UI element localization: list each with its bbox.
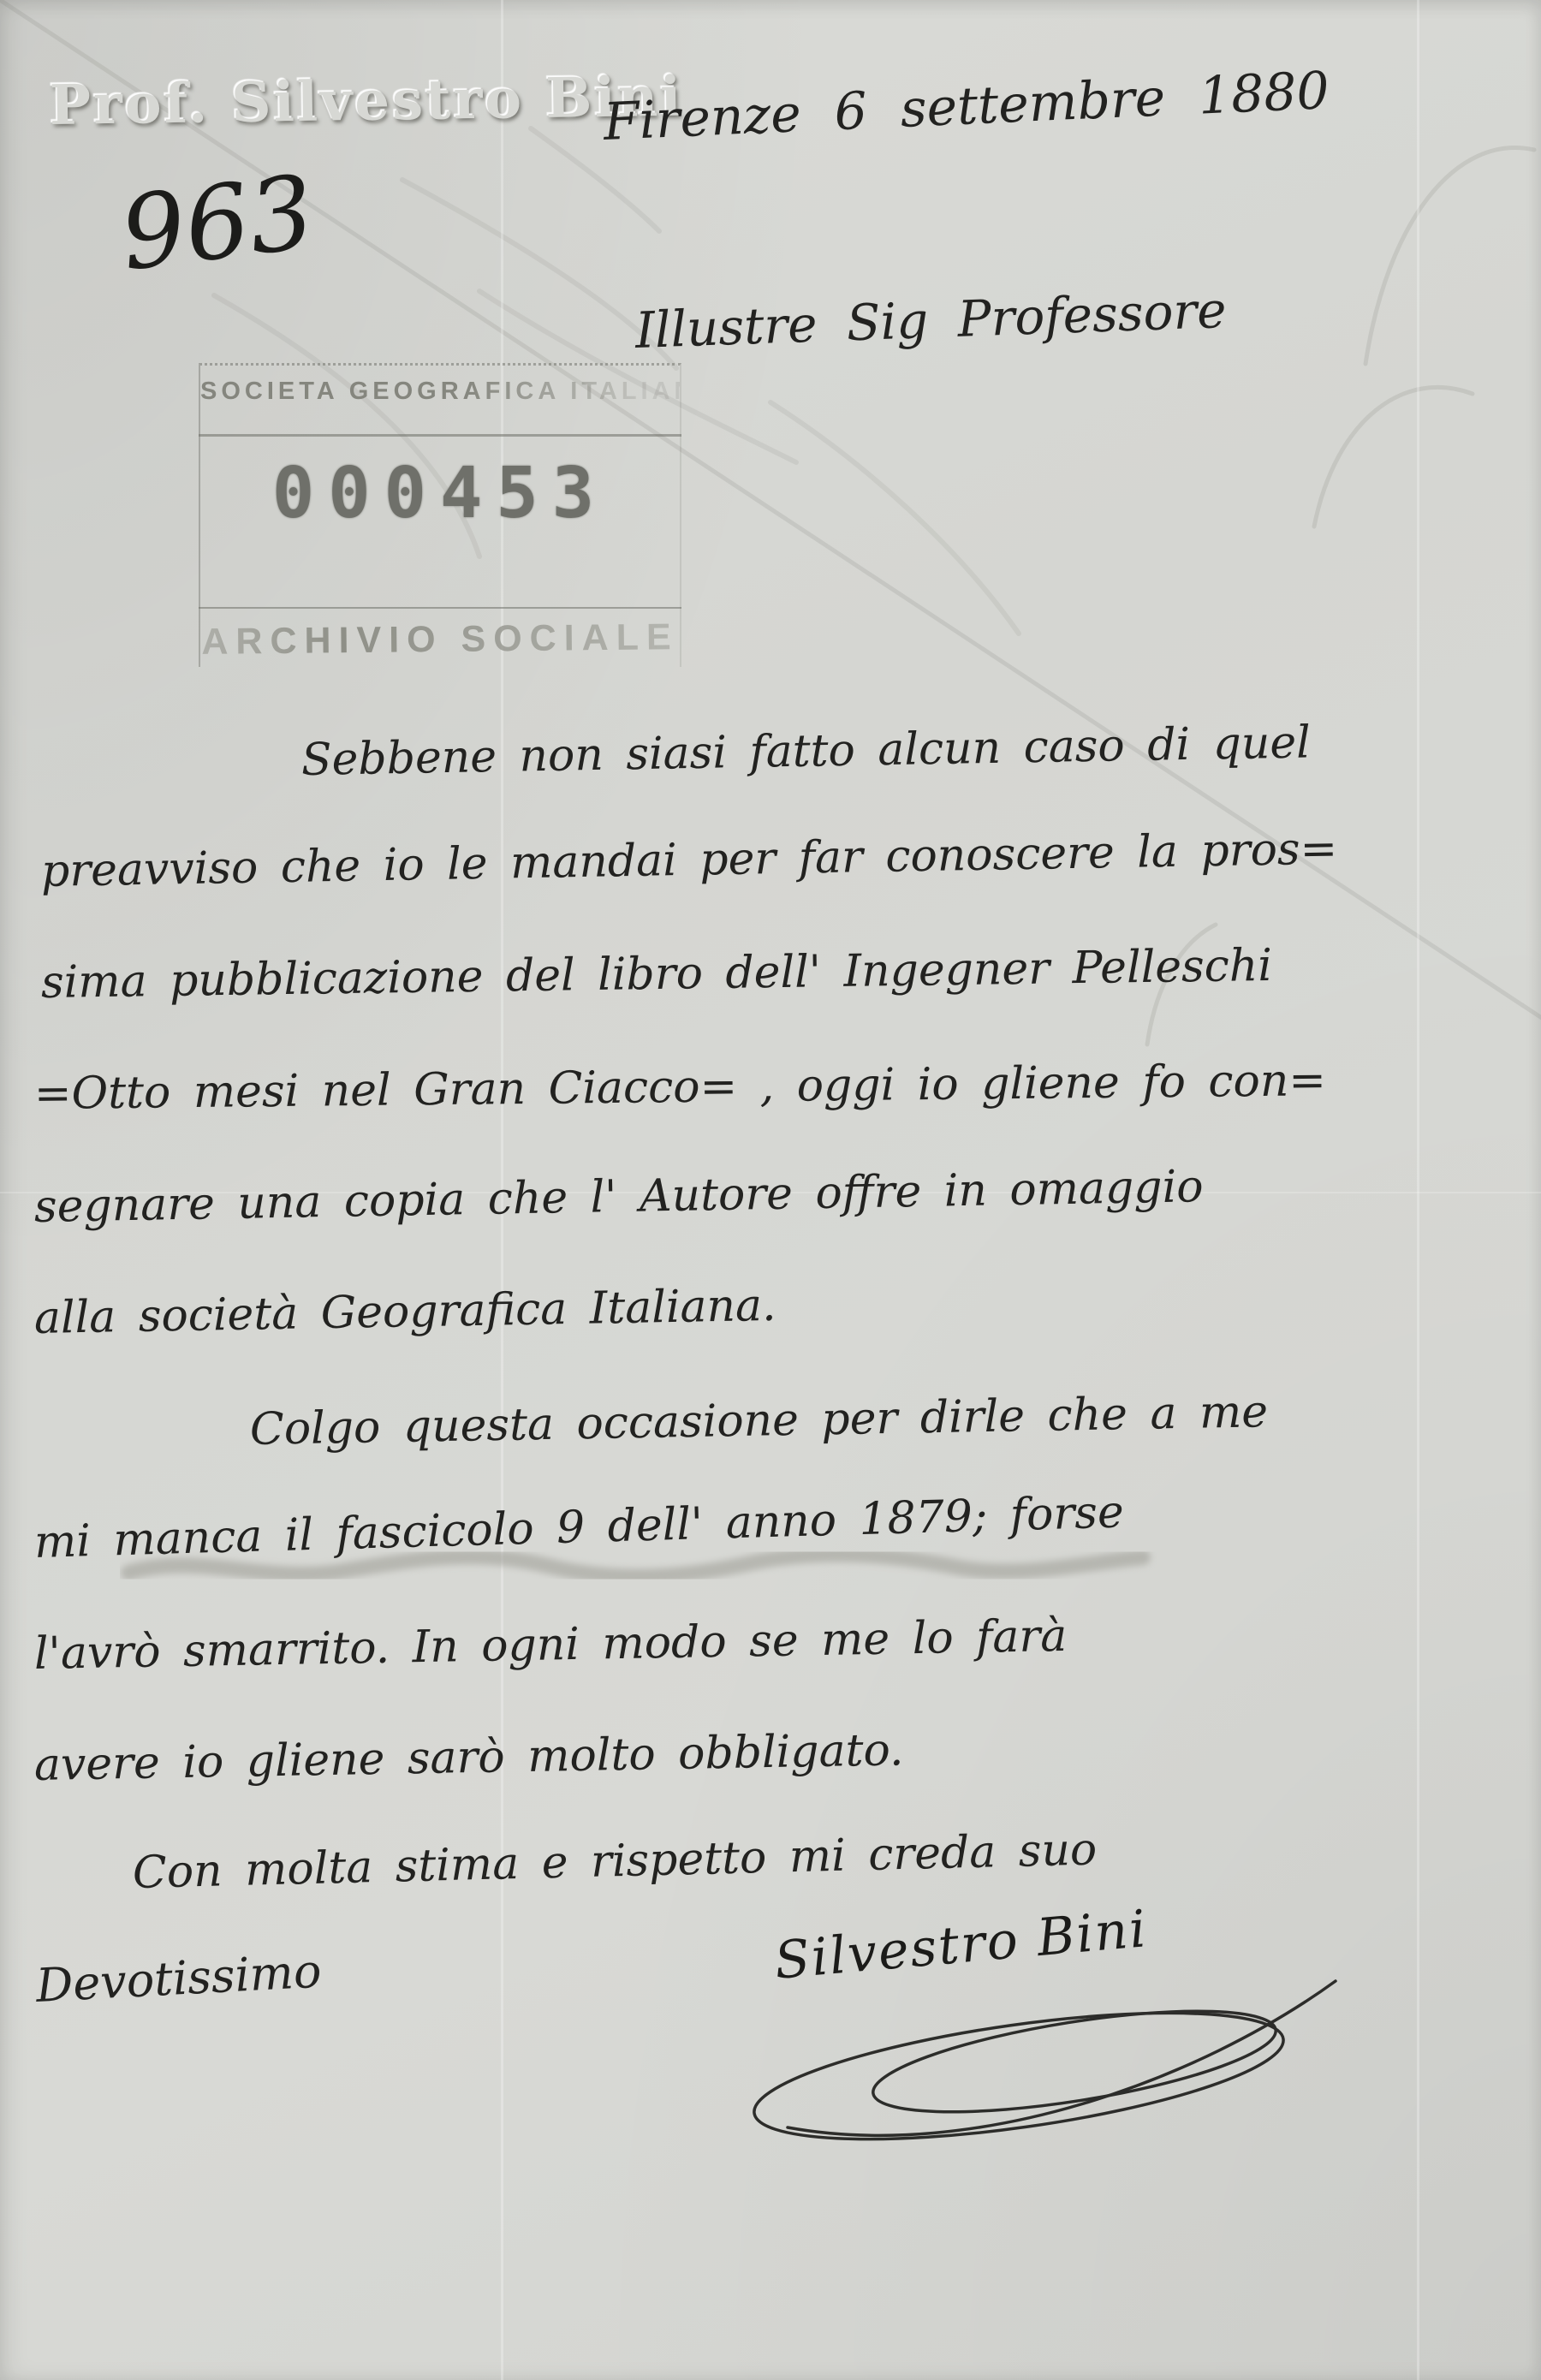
paper-crease-vertical — [1417, 0, 1419, 2380]
stamp-archive-label: ARCHIVIO SOCIALE — [200, 616, 680, 663]
signature-flourish — [736, 1969, 1353, 2175]
salutation: Illustre Sig Professore — [634, 281, 1228, 360]
embossed-letterhead: Prof. Silvestro Bini — [49, 65, 684, 138]
stamp-organization-text: SOCIETA GEOGRAFICA ITALIANA — [200, 378, 680, 406]
body-line: sima pubblicazione del libro dell' Ingeg… — [41, 940, 1273, 1009]
stamp-divider — [199, 434, 681, 437]
signature: Silvestro Bini — [772, 1899, 1150, 1991]
body-line: segnare una copia che l' Autore offre in… — [33, 1161, 1203, 1233]
stamp-protocol-number: 000453 — [200, 453, 680, 534]
body-line: l'avrò smarrito. In ogni modo se me lo f… — [33, 1610, 1067, 1680]
body-line: preavviso che io le mandai per far conos… — [40, 824, 1337, 897]
body-line: Sebbene non siasi fatto alcun caso di qu… — [300, 717, 1311, 786]
letter-page: Prof. Silvestro Bini 963 Firenze 6 sette… — [0, 0, 1541, 2380]
dateline: Firenze 6 settembre 1880 — [602, 61, 1330, 152]
body-line: avere io gliene sarò molto obbligato. — [33, 1724, 903, 1791]
valediction: Devotissimo — [34, 1944, 322, 2013]
archive-stamp: SOCIETA GEOGRAFICA ITALIANA 000453 ARCHI… — [199, 363, 681, 667]
body-line: =Otto mesi nel Gran Ciacco= , oggi io gl… — [34, 1055, 1326, 1120]
stamp-divider — [199, 607, 681, 609]
registry-number: 963 — [115, 152, 320, 293]
body-line: mi manca il fascicolo 9 dell' anno 1879;… — [33, 1486, 1124, 1568]
body-line: alla società Geografica Italiana. — [33, 1280, 776, 1344]
closing-line: Con molta stima e rispetto mi creda suo — [132, 1824, 1098, 1899]
body-line: Colgo questa occasione per dirle che a m… — [249, 1386, 1268, 1455]
